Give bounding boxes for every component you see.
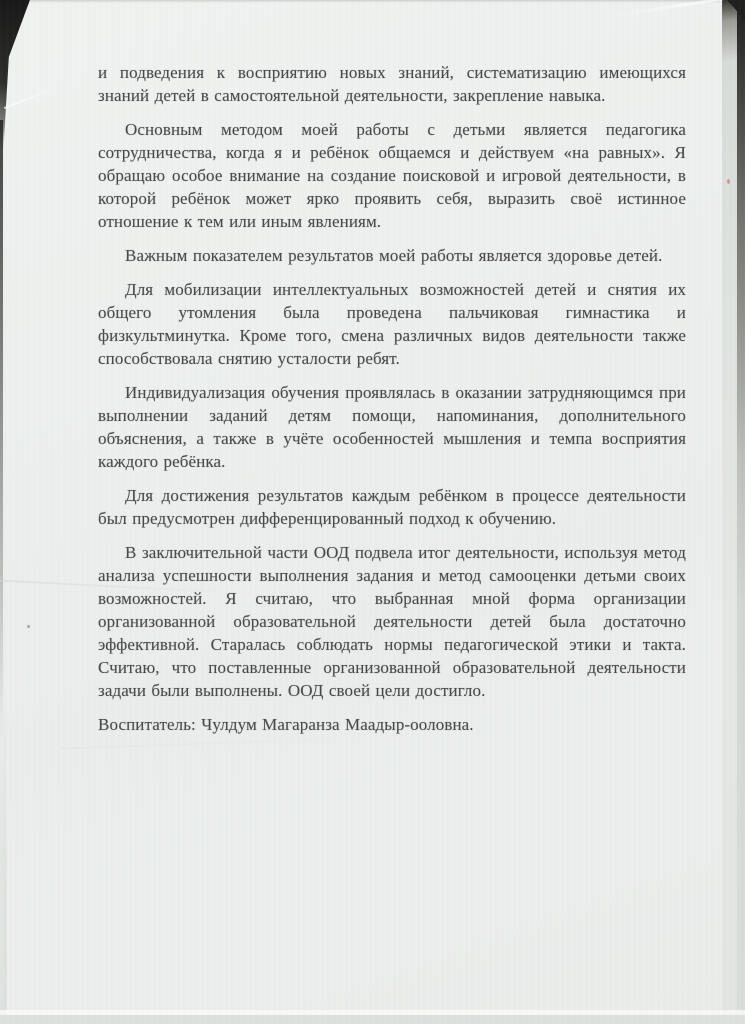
scan-edge-shadow-top [30,0,720,3]
scan-edge-band-bottom [0,1015,745,1024]
paragraph: Для достижения результатов каждым ребёнк… [98,484,686,530]
paragraph: Индивидуализация обучения проявлялась в … [98,381,686,473]
scan-speck [27,625,30,628]
scan-edge-band-right [722,0,737,1024]
document-text: и подведения к восприятию новых знаний, … [98,61,686,747]
scan-corner-shadow-top-left [0,0,34,150]
scan-edge-band-left-bottom [0,694,7,1024]
paper-crease [4,85,60,109]
scan-edge-shadow-left [0,120,3,740]
paragraph: В заключительной части ООД подвела итог … [98,541,686,702]
scan-background: { "page": { "kind": "scanned-document", … [0,0,745,1024]
scanned-page: и подведения к восприятию новых знаний, … [0,0,745,1024]
paragraph: и подведения к восприятию новых знаний, … [98,61,686,107]
paragraph: Основным методом моей работы с детьми яв… [98,118,686,233]
scan-speck [727,179,730,184]
scan-edge-shadow-right [737,0,745,1024]
paragraph: Для мобилизации интеллектуальных возможн… [98,278,686,370]
paragraph: Важным показателем результатов моей рабо… [98,244,686,267]
signature-paragraph: Воспитатель: Чулдум Магаранза Маадыр-оол… [98,713,686,736]
